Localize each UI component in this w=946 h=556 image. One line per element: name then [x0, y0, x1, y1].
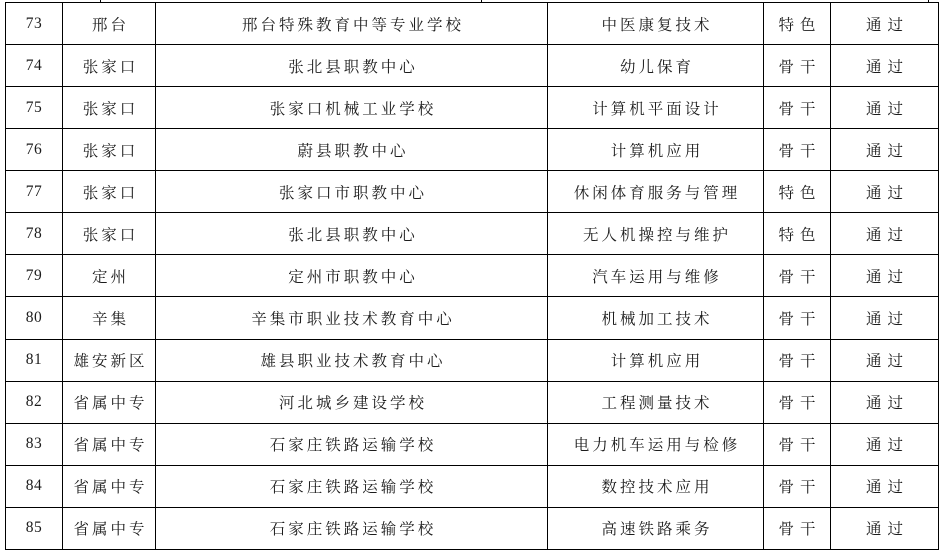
approval-table-body: 73 邢台 邢台特殊教育中等专业学校 中医康复技术 特色 通过 74 张家口 张…: [6, 3, 939, 550]
cell-major-name: 工程测量技术: [548, 381, 764, 423]
cell-major-name: 数控技术应用: [548, 465, 764, 507]
cell-type-badge: 骨干: [764, 423, 831, 465]
cell-region: 省属中专: [63, 465, 156, 507]
cell-type-badge: 特色: [764, 171, 831, 213]
cell-major-name: 计算机应用: [548, 129, 764, 171]
cell-region: 邢台: [63, 3, 156, 45]
cell-region: 省属中专: [63, 507, 156, 549]
cell-major-name: 电力机车运用与检修: [548, 423, 764, 465]
cell-major-name: 无人机操控与维护: [548, 213, 764, 255]
table-row: 84 省属中专 石家庄铁路运输学校 数控技术应用 骨干 通过: [6, 465, 939, 507]
cell-type-badge: 骨干: [764, 45, 831, 87]
cell-status: 通过: [831, 129, 939, 171]
table-row: 78 张家口 张北县职教中心 无人机操控与维护 特色 通过: [6, 213, 939, 255]
cell-status: 通过: [831, 213, 939, 255]
cell-status: 通过: [831, 45, 939, 87]
cell-status: 通过: [831, 87, 939, 129]
table-row: 83 省属中专 石家庄铁路运输学校 电力机车运用与检修 骨干 通过: [6, 423, 939, 465]
cell-type-badge: 骨干: [764, 507, 831, 549]
cell-status: 通过: [831, 255, 939, 297]
cell-row-number: 79: [6, 255, 63, 297]
cell-school-name: 石家庄铁路运输学校: [156, 423, 548, 465]
cell-status: 通过: [831, 423, 939, 465]
cell-type-badge: 骨干: [764, 297, 831, 339]
cell-status: 通过: [831, 339, 939, 381]
cell-school-name: 辛集市职业技术教育中心: [156, 297, 548, 339]
cell-school-name: 蔚县职教中心: [156, 129, 548, 171]
cell-school-name: 定州市职教中心: [156, 255, 548, 297]
cell-major-name: 计算机应用: [548, 339, 764, 381]
approval-results-table: 73 邢台 邢台特殊教育中等专业学校 中医康复技术 特色 通过 74 张家口 张…: [5, 2, 939, 550]
cell-major-name: 汽车运用与维修: [548, 255, 764, 297]
cell-school-name: 雄县职业技术教育中心: [156, 339, 548, 381]
cell-status: 通过: [831, 3, 939, 45]
cell-row-number: 80: [6, 297, 63, 339]
cell-row-number: 83: [6, 423, 63, 465]
cell-school-name: 邢台特殊教育中等专业学校: [156, 3, 548, 45]
cell-row-number: 77: [6, 171, 63, 213]
cell-row-number: 73: [6, 3, 63, 45]
cell-region: 张家口: [63, 129, 156, 171]
cell-school-name: 张家口机械工业学校: [156, 87, 548, 129]
cell-type-badge: 骨干: [764, 381, 831, 423]
table-row: 74 张家口 张北县职教中心 幼儿保育 骨干 通过: [6, 45, 939, 87]
cell-region: 定州: [63, 255, 156, 297]
cell-region: 张家口: [63, 213, 156, 255]
cell-type-badge: 骨干: [764, 339, 831, 381]
cell-major-name: 高速铁路乘务: [548, 507, 764, 549]
cell-region: 省属中专: [63, 381, 156, 423]
cell-school-name: 张北县职教中心: [156, 45, 548, 87]
cell-major-name: 机械加工技术: [548, 297, 764, 339]
cell-major-name: 中医康复技术: [548, 3, 764, 45]
cell-school-name: 石家庄铁路运输学校: [156, 507, 548, 549]
cell-type-badge: 特色: [764, 213, 831, 255]
table-row: 82 省属中专 河北城乡建设学校 工程测量技术 骨干 通过: [6, 381, 939, 423]
cell-school-name: 张家口市职教中心: [156, 171, 548, 213]
cell-row-number: 76: [6, 129, 63, 171]
cell-region: 省属中专: [63, 423, 156, 465]
cell-region: 雄安新区: [63, 339, 156, 381]
document-page: 73 邢台 邢台特殊教育中等专业学校 中医康复技术 特色 通过 74 张家口 张…: [0, 0, 946, 556]
cell-type-badge: 骨干: [764, 129, 831, 171]
cell-type-badge: 特色: [764, 3, 831, 45]
cell-status: 通过: [831, 297, 939, 339]
table-row: 73 邢台 邢台特殊教育中等专业学校 中医康复技术 特色 通过: [6, 3, 939, 45]
cell-region: 张家口: [63, 45, 156, 87]
table-row: 76 张家口 蔚县职教中心 计算机应用 骨干 通过: [6, 129, 939, 171]
cell-major-name: 幼儿保育: [548, 45, 764, 87]
cell-row-number: 74: [6, 45, 63, 87]
cell-row-number: 84: [6, 465, 63, 507]
cell-row-number: 85: [6, 507, 63, 549]
table-row: 85 省属中专 石家庄铁路运输学校 高速铁路乘务 骨干 通过: [6, 507, 939, 549]
table-row: 79 定州 定州市职教中心 汽车运用与维修 骨干 通过: [6, 255, 939, 297]
table-row: 81 雄安新区 雄县职业技术教育中心 计算机应用 骨干 通过: [6, 339, 939, 381]
table-row: 75 张家口 张家口机械工业学校 计算机平面设计 骨干 通过: [6, 87, 939, 129]
table-row: 80 辛集 辛集市职业技术教育中心 机械加工技术 骨干 通过: [6, 297, 939, 339]
cell-row-number: 75: [6, 87, 63, 129]
cell-type-badge: 骨干: [764, 87, 831, 129]
cell-school-name: 张北县职教中心: [156, 213, 548, 255]
cell-type-badge: 骨干: [764, 465, 831, 507]
cell-row-number: 78: [6, 213, 63, 255]
cell-school-name: 石家庄铁路运输学校: [156, 465, 548, 507]
cell-row-number: 81: [6, 339, 63, 381]
cell-major-name: 休闲体育服务与管理: [548, 171, 764, 213]
cell-major-name: 计算机平面设计: [548, 87, 764, 129]
cell-region: 张家口: [63, 87, 156, 129]
cell-status: 通过: [831, 381, 939, 423]
cell-type-badge: 骨干: [764, 255, 831, 297]
cell-status: 通过: [831, 507, 939, 549]
cell-status: 通过: [831, 465, 939, 507]
cell-status: 通过: [831, 171, 939, 213]
cell-region: 辛集: [63, 297, 156, 339]
cell-row-number: 82: [6, 381, 63, 423]
cell-region: 张家口: [63, 171, 156, 213]
cell-school-name: 河北城乡建设学校: [156, 381, 548, 423]
table-row: 77 张家口 张家口市职教中心 休闲体育服务与管理 特色 通过: [6, 171, 939, 213]
